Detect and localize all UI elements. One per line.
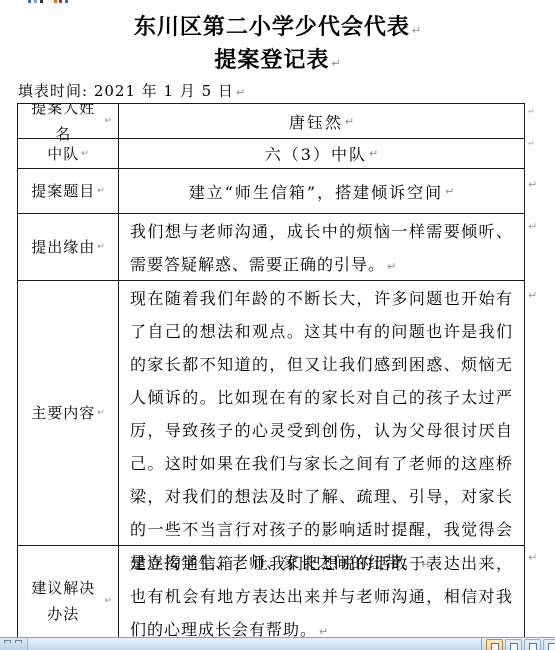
table-row: 主要内容↵ 现在随着我们年龄的不断长大，许多问题也开始有了自己的想法和观点。这其… [18,281,524,546]
cell-text[interactable]: 我们想与老师沟通，成长中的烦恼一样需要倾听、需要答疑解惑、需要正确的引导。 [130,222,513,274]
view-glyph [548,643,555,650]
cell-end-mark-icon: ↵ [445,185,454,198]
cell-end-mark-icon: ↵ [81,141,89,167]
statusbar-divider [481,638,482,650]
table-row: 提案人姓名↵ 唐钰然↵ [18,104,524,139]
cell-squadron[interactable]: 六（3）中队↵ [119,139,524,168]
row-label-text[interactable]: 中队 [47,141,79,167]
cell-text[interactable]: 建立“师生信箱”，搭建倾诉空间 [189,180,443,203]
status-bar [0,637,555,650]
cell-end-mark-icon: ↵ [369,147,378,160]
document-title-line2-text[interactable]: 提案登记表 [214,48,329,73]
table-row: 提案题目↵ 建立“师生信箱”，搭建倾诉空间↵ [18,169,524,214]
table-row: 提出缘由↵ 我们想与老师沟通，成长中的烦恼一样需要倾听、需要答疑解惑、需要正确的… [18,214,524,281]
view-glyph [529,643,537,650]
horizontal-scroll-left-control[interactable] [0,638,28,650]
cell-suggested-solution[interactable]: 建立沟通信箱，让我们把想说的话敢于表达出来，也有机会有地方表达出来并与老师沟通，… [119,546,524,637]
row-label-text[interactable]: 提出缘由 [31,234,95,260]
cell-end-mark-icon: ↵ [104,108,112,134]
row-label-text[interactable]: 主要内容 [31,400,95,426]
print-layout-view-icon[interactable] [486,639,503,650]
row-label-text[interactable]: 建议解决办法 [24,575,102,627]
view-glyph [510,643,518,650]
clipped-glyph-dot [59,0,62,3]
proposal-registration-table[interactable]: 提案人姓名↵ 唐钰然↵ 中队↵ 六（3）中队↵ 提案题目↵ 建立“师生信箱”，搭… [17,103,525,637]
cell-text[interactable]: 六（3）中队 [265,142,367,165]
row-label-proposer-name[interactable]: 提案人姓名↵ [18,104,119,138]
view-mode-switcher [486,639,555,650]
draft-view-icon[interactable] [543,639,555,650]
paragraph-mark-icon: ↵ [412,24,421,37]
full-screen-reading-view-icon[interactable] [505,639,522,650]
document-title-line1[interactable]: 东川区第二小学少代会代表↵ [0,10,555,41]
cell-end-mark-icon: ↵ [97,400,105,426]
cell-proposal-title[interactable]: 建立“师生信箱”，搭建倾诉空间↵ [119,169,524,213]
scroll-glyph-icon [15,640,22,643]
cell-end-mark-icon: ↵ [97,234,105,260]
cell-end-mark-icon: ↵ [345,115,354,128]
table-row: 建议解决办法↵ 建立沟通信箱，让我们把想说的话敢于表达出来，也有机会有地方表达出… [18,546,524,637]
row-end-mark-icon: ↵ [528,107,535,116]
document-title-line2[interactable]: 提案登记表↵ [0,43,555,74]
row-end-mark-icon: ↵ [528,139,535,148]
clipped-glyph-dot [40,0,43,3]
row-label-reason[interactable]: 提出缘由↵ [18,214,119,280]
paragraph-mark-icon: ↵ [236,86,245,99]
cell-proposer-name[interactable]: 唐钰然↵ [119,104,524,138]
row-label-squadron[interactable]: 中队↵ [18,139,119,168]
table-row: 中队↵ 六（3）中队↵ [18,139,524,169]
fill-date-line[interactable]: 填表时间: 2021 年 1 月 5 日↵ [18,80,245,101]
row-label-text[interactable]: 提案题目 [31,178,95,204]
clipped-glyph-dot [65,0,68,3]
row-label-proposal-title[interactable]: 提案题目↵ [18,169,119,213]
view-glyph [491,643,499,650]
cell-main-content[interactable]: 现在随着我们年龄的不断长大，许多问题也开始有了自己的想法和观点。这其中有的问题也… [119,281,524,545]
cell-end-mark-icon: ↵ [97,178,105,204]
clipped-glyph-dot [28,0,31,3]
scroll-glyph-icon [4,640,11,643]
row-label-suggested-solution[interactable]: 建议解决办法↵ [18,546,119,637]
web-layout-view-icon[interactable] [524,639,541,650]
cell-reason[interactable]: 我们想与老师沟通，成长中的烦恼一样需要倾听、需要答疑解惑、需要正确的引导。↵ [119,214,524,280]
cell-end-mark-icon: ↵ [387,260,396,273]
cell-text[interactable]: 唐钰然 [289,110,343,133]
clipped-glyph-dot [34,0,37,3]
cell-end-mark-icon: ↵ [319,625,328,637]
row-label-main-content[interactable]: 主要内容↵ [18,281,119,545]
cell-text[interactable]: 现在随着我们年龄的不断长大，许多问题也开始有了自己的想法和观点。这其中有的问题也… [130,289,513,572]
fill-date-text[interactable]: 填表时间: 2021 年 1 月 5 日 [18,82,234,100]
row-end-mark-icon: ↵ [528,178,537,191]
row-end-mark-icon: ↵ [528,551,537,564]
paragraph-mark-icon: ↵ [331,57,340,70]
row-end-mark-icon: ↵ [528,289,537,302]
row-end-mark-icon: ↵ [528,220,537,233]
word-document-window: { "title": { "line1": "东川区第二小学少代会代表", "l… [0,0,555,650]
cell-end-mark-icon: ↵ [104,588,112,614]
clipped-glyph-dot [54,0,57,3]
document-title-line1-text[interactable]: 东川区第二小学少代会代表 [134,15,410,40]
